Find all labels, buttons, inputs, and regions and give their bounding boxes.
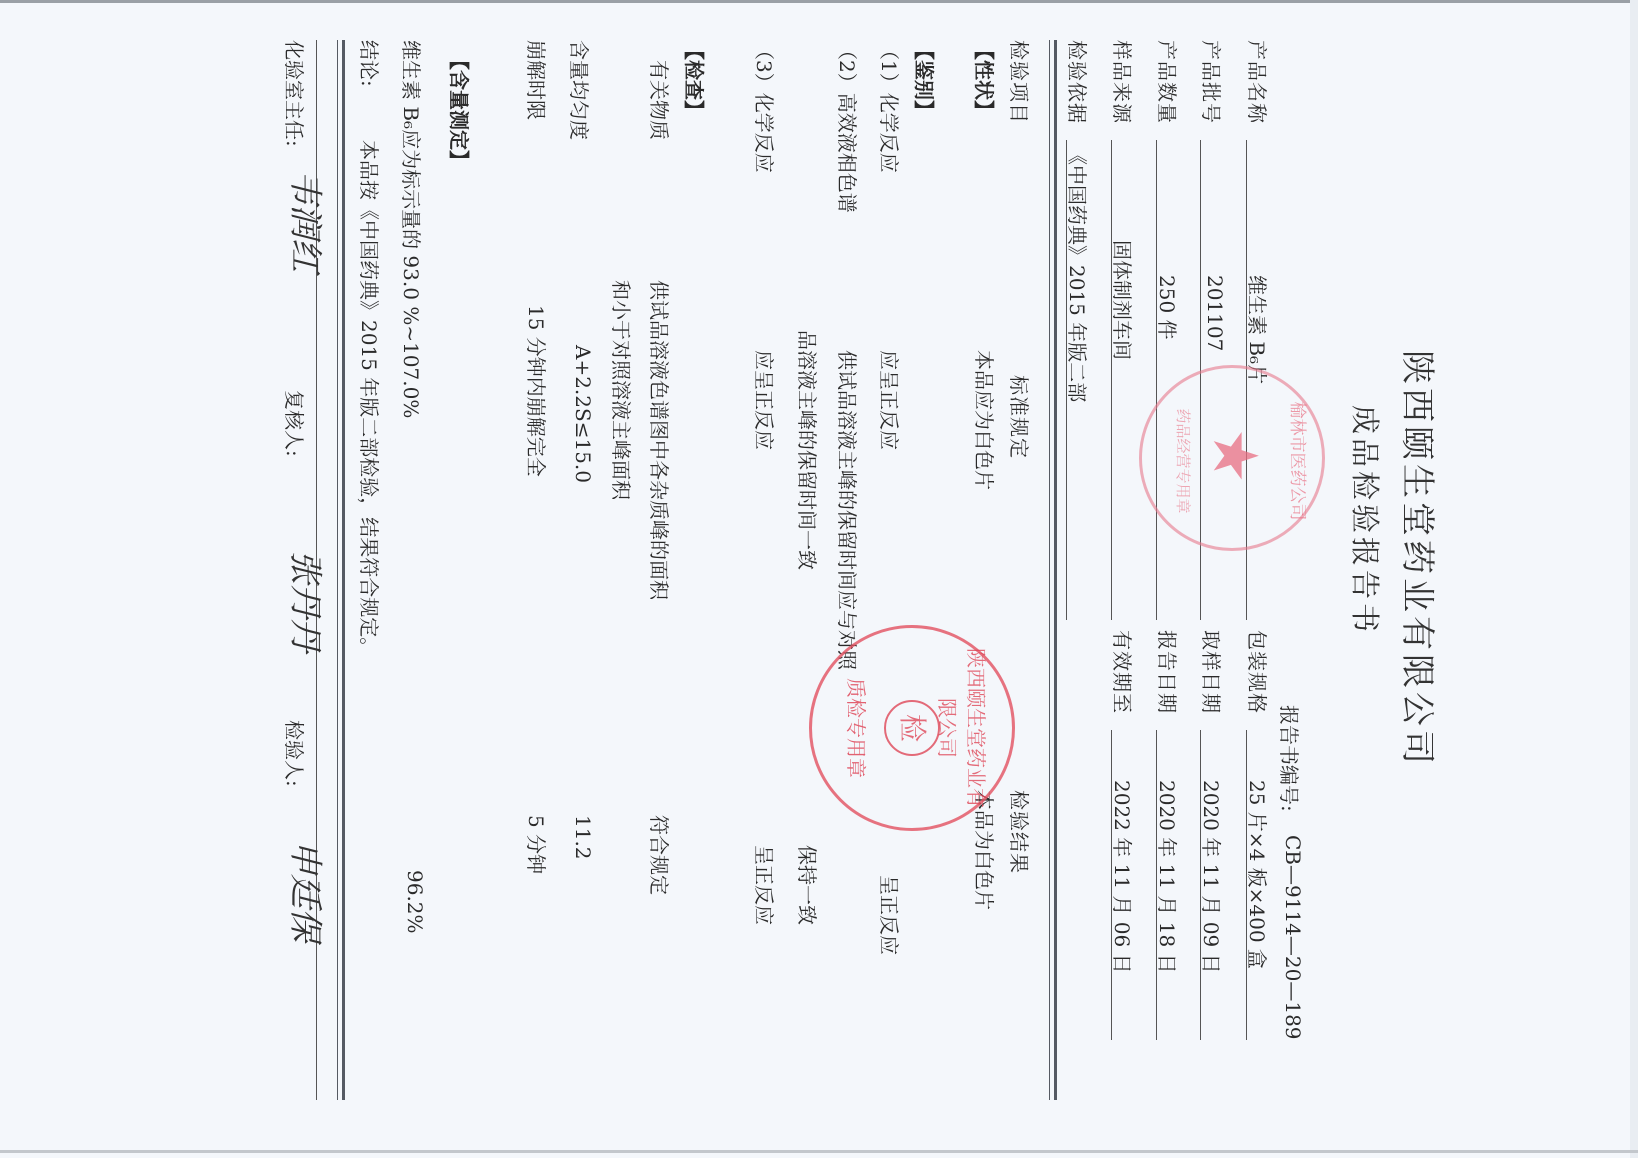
inspection-item-name: 含量均匀度 <box>566 40 595 140</box>
sample-date: 2020 年 11 月 09 日 <box>1198 780 1227 974</box>
assay-result: 96.2% <box>403 870 427 934</box>
double-divider <box>337 40 345 1100</box>
inspector-label: 检验人: <box>281 720 310 787</box>
identification-item-name: （3）化学反应 <box>751 40 780 173</box>
quantity: 250 件 <box>1154 275 1183 340</box>
quality-inspection-seal: 陕西颐生堂药业有限公司 检 质检专用章 <box>809 625 1015 831</box>
double-divider <box>1049 40 1057 1100</box>
identification-item-standard: 供试品溶液主峰的保留时间应与对照 <box>834 350 863 670</box>
inspection-report-page: 陕西颐生堂药业有限公司 成品检验报告书 报告书编号: CB—9114—20—18… <box>285 40 1445 1100</box>
section-appearance: 【性状】 <box>971 40 1000 120</box>
inspection-item-standard-cont: 和小于对照溶液主峰面积 <box>608 280 637 500</box>
identification-item-result: 呈正反应 <box>751 845 780 925</box>
expiry-label: 有效期至 <box>1109 630 1138 714</box>
column-result: 检验结果 <box>1006 790 1035 874</box>
report-date-label: 报告日期 <box>1154 630 1183 714</box>
underline <box>1156 140 1157 620</box>
package-spec-label: 包装规格 <box>1244 630 1273 714</box>
section-inspection: 【检查】 <box>681 40 710 120</box>
report-number-label: 报告书编号: <box>1276 705 1305 812</box>
batch-number: 201107 <box>1203 275 1227 351</box>
identification-item-result: 保持一致 <box>794 845 823 925</box>
appearance-standard: 本品应为白色片 <box>971 350 1000 490</box>
star-icon: ★ <box>1199 428 1272 484</box>
identification-item-name: （1）化学反应 <box>876 40 905 173</box>
report-date: 2020 年 11 月 18 日 <box>1154 780 1183 974</box>
inspection-item-result: 符合规定 <box>646 815 675 895</box>
package-spec: 25 片×4 板×400 盒 <box>1244 780 1273 969</box>
inspector-signature: 申廷保 <box>284 840 333 942</box>
lab-director-signature: 韦润红 <box>284 170 333 272</box>
identification-item-name: （2）高效液相色谱 <box>834 40 863 213</box>
inspection-basis: 《中国药典》2015 年版二部 <box>1064 145 1093 402</box>
expiry-date: 2022 年 11 月 06 日 <box>1109 780 1138 974</box>
inspection-item-standard: A+2.2S≤15.0 <box>571 345 595 483</box>
report-number: CB—9114—20—189 <box>1281 835 1305 1040</box>
product-name-label: 产品名称 <box>1244 40 1273 124</box>
inspection-item-result: 11.2 <box>571 815 595 860</box>
lab-director-label: 化验室主任: <box>281 40 310 147</box>
underline <box>1111 140 1112 620</box>
column-item: 检验项目 <box>1006 40 1035 124</box>
assay-standard: 维生素 B₆应为标示量的 93.0 %~107.0% <box>398 40 427 418</box>
scan-right-edge <box>1630 0 1638 1158</box>
document-title: 成品检验报告书 <box>1346 405 1387 636</box>
inspection-item-name: 崩解时限 <box>523 40 552 120</box>
quantity-label: 产品数量 <box>1154 40 1183 124</box>
source-label: 样品来源 <box>1109 40 1138 124</box>
inspection-item-result: 5 分钟 <box>523 815 552 874</box>
section-assay: 【含量测定】 <box>446 50 475 170</box>
basis-label: 检验依据 <box>1064 40 1093 124</box>
seal-text: 药品经营专用章 <box>1173 396 1194 526</box>
inspection-item-standard: 15 分钟内崩解完全 <box>523 305 552 477</box>
section-identification: 【鉴别】 <box>911 40 940 120</box>
inspection-item-standard: 供试品溶液色谱图中各杂质峰的面积 <box>646 280 675 600</box>
seal-text: 榆林市医药公司 <box>1287 386 1312 536</box>
sample-date-label: 取样日期 <box>1198 630 1227 714</box>
conclusion-label: 结论: <box>356 40 385 87</box>
identification-item-standard: 应呈正反应 <box>876 350 905 450</box>
batch-label: 产品批号 <box>1198 40 1227 124</box>
scan-top-edge <box>0 0 1638 3</box>
seal-text: 陕西颐生堂药业有限公司 <box>934 648 992 808</box>
identification-item-standard-cont: 品溶液主峰的保留时间一致 <box>794 330 823 570</box>
column-standard: 标准规定 <box>1006 375 1035 459</box>
inspection-item-name: 有关物质 <box>646 60 675 140</box>
distributor-seal: 榆林市医药公司 ★ 药品经营专用章 <box>1139 365 1325 551</box>
scan-bottom-edge <box>0 1150 1638 1153</box>
identification-item-result: 呈正反应 <box>876 875 905 955</box>
reviewer-signature: 张丹丹 <box>284 550 333 652</box>
seal-text: 质检专用章 <box>843 658 872 798</box>
sample-source: 固体制剂车间 <box>1109 240 1138 360</box>
conclusion-text: 本品按《中国药典》2015 年版二部检验，结果符合规定。 <box>356 140 385 657</box>
reviewer-label: 复核人: <box>281 390 310 457</box>
identification-item-standard: 应呈正反应 <box>751 350 780 450</box>
company-name: 陕西颐生堂药业有限公司 <box>1396 350 1445 768</box>
seal-center-icon: 检 <box>884 700 940 756</box>
